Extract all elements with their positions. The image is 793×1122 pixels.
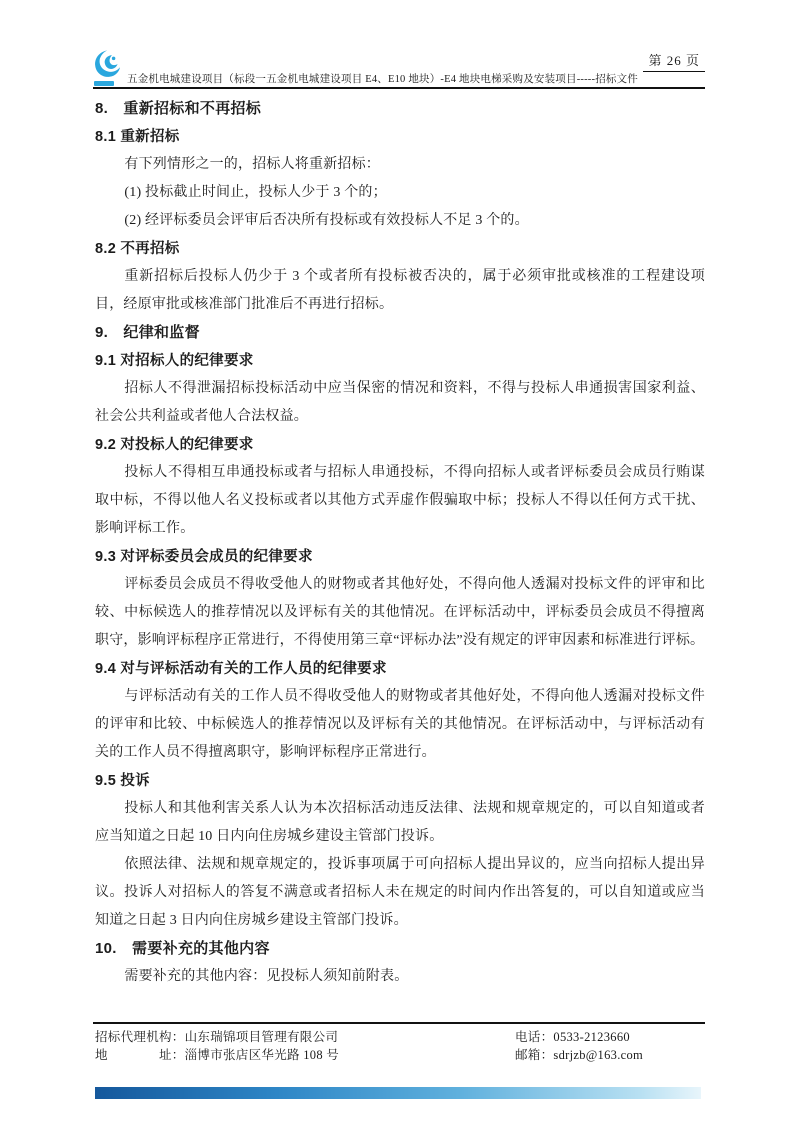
document-body: 8. 重新招标和不再招标 8.1 重新招标 有下列情形之一的，招标人将重新招标：… [95, 95, 705, 991]
paragraph-9-1: 招标人不得泄漏招标投标活动中应当保密的情况和资料，不得与投标人串通损害国家利益、… [95, 375, 705, 431]
heading-9-5: 9.5 投诉 [95, 767, 705, 795]
paragraph-8-2: 重新招标后投标人仍少于 3 个或者所有投标被否决的，属于必须审批或核准的工程建设… [95, 263, 705, 319]
paragraph-9-3: 评标委员会成员不得收受他人的财物或者其他好处，不得向他人透漏对投标文件的评审和比… [95, 571, 705, 655]
footer-agency: 招标代理机构：山东瑞锦项目管理有限公司 [95, 1027, 338, 1045]
header-doc-title: 五金机电城建设项目（标段一五金机电城建设项目 E4、E10 地块）-E4 地块电… [127, 71, 707, 86]
heading-9-2: 9.2 对投标人的纪律要求 [95, 431, 705, 459]
footer-rule [93, 1022, 705, 1024]
footer-address: 地 址：淄博市张店区华光路 108 号 [95, 1045, 339, 1063]
company-logo [90, 48, 130, 92]
footer-email: 邮箱：sdrjzb@163.com [515, 1045, 643, 1063]
heading-section-10: 10. 需要补充的其他内容 [95, 935, 705, 963]
swirl-logo-icon [92, 48, 124, 80]
document-page: 第 26 页 五金机电城建设项目（标段一五金机电城建设项目 E4、E10 地块）… [0, 0, 793, 1122]
heading-8-1: 8.1 重新招标 [95, 123, 705, 151]
paragraph-9-2: 投标人不得相互串通投标或者与招标人串通投标，不得向招标人或者评标委员会成员行贿谋… [95, 459, 705, 543]
page-number: 第 26 页 [643, 50, 705, 72]
footer-phone: 电话：0533-2123660 [515, 1027, 630, 1045]
paragraph-9-4: 与评标活动有关的工作人员不得收受他人的财物或者其他好处，不得向他人透漏对投标文件… [95, 683, 705, 767]
paragraph-9-5-a: 投标人和其他利害关系人认为本次招标活动违反法律、法规和规章规定的，可以自知道或者… [95, 795, 705, 851]
paragraph-9-5-b: 依照法律、法规和规章规定的，投诉事项属于可向招标人提出异议的，应当向招标人提出异… [95, 851, 705, 935]
paragraph-8-1-item2: (2) 经评标委员会评审后否决所有投标或有效投标人不足 3 个的。 [95, 207, 705, 235]
paragraph-8-1-intro: 有下列情形之一的，招标人将重新招标： [95, 151, 705, 179]
heading-section-8: 8. 重新招标和不再招标 [95, 95, 705, 123]
footer-decoration-bar [95, 1087, 701, 1099]
heading-9-4: 9.4 对与评标活动有关的工作人员的纪律要求 [95, 655, 705, 683]
heading-section-9: 9. 纪律和监督 [95, 319, 705, 347]
heading-8-2: 8.2 不再招标 [95, 235, 705, 263]
heading-9-1: 9.1 对招标人的纪律要求 [95, 347, 705, 375]
paragraph-10: 需要补充的其他内容：见投标人须知前附表。 [95, 963, 705, 991]
heading-9-3: 9.3 对评标委员会成员的纪律要求 [95, 543, 705, 571]
logo-wordmark [94, 81, 114, 86]
header-rule [93, 87, 705, 89]
paragraph-8-1-item1: (1) 投标截止时间止，投标人少于 3 个的； [95, 179, 705, 207]
